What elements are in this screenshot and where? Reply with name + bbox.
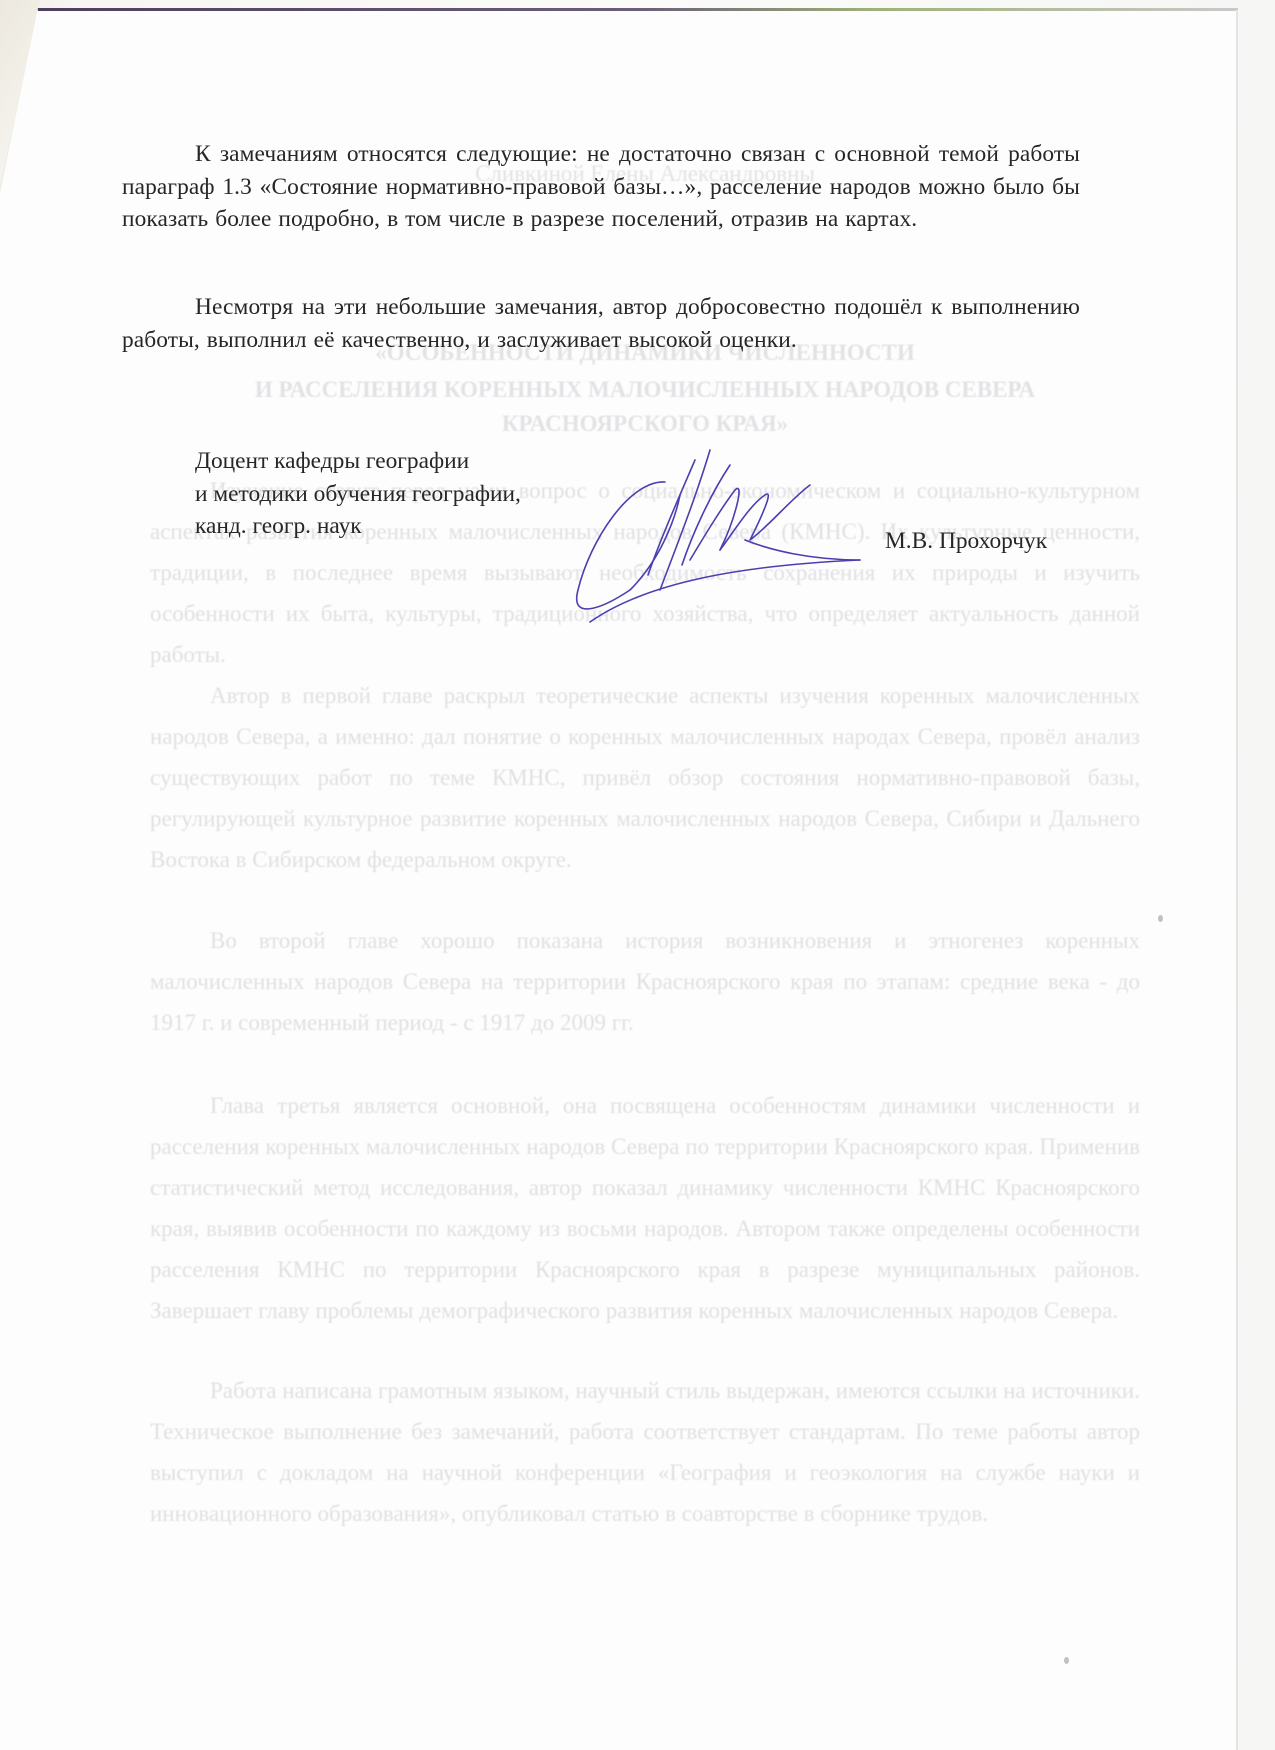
- signer-degree: канд. геогр. наук: [195, 510, 521, 543]
- bleed-heading-line: И РАССЕЛЕНИЯ КОРЕННЫХ МАЛОЧИСЛЕННЫХ НАРО…: [150, 372, 1140, 408]
- bleed-heading-line: КРАСНОЯРСКОГО КРАЯ»: [150, 406, 1140, 442]
- scan-speck: [1158, 915, 1163, 922]
- signature-block: Доцент кафедры географии и методики обуч…: [195, 445, 521, 543]
- remarks-paragraph: К замечаниям относятся следующие: не дос…: [122, 138, 1080, 236]
- signer-position-line-2: и методики обучения географии,: [195, 478, 521, 511]
- scan-speck: [1064, 1657, 1069, 1664]
- signer-name: М.В. Прохорчук: [885, 525, 1047, 558]
- page-right-edge: [1236, 10, 1238, 1750]
- signer-position-line-1: Доцент кафедры географии: [195, 445, 521, 478]
- handwritten-signature: [570, 440, 870, 630]
- page-top-edge: [38, 8, 1238, 11]
- conclusion-paragraph: Несмотря на эти небольшие замечания, авт…: [122, 291, 1080, 356]
- bleed-paragraph: Работа написана грамотным языком, научны…: [150, 1370, 1140, 1534]
- bleed-paragraph: Во второй главе хорошо показана история …: [150, 920, 1140, 1043]
- bleed-paragraph: Глава третья является основной, она посв…: [150, 1085, 1140, 1331]
- bleed-paragraph: Автор в первой главе раскрыл теоретическ…: [150, 675, 1140, 880]
